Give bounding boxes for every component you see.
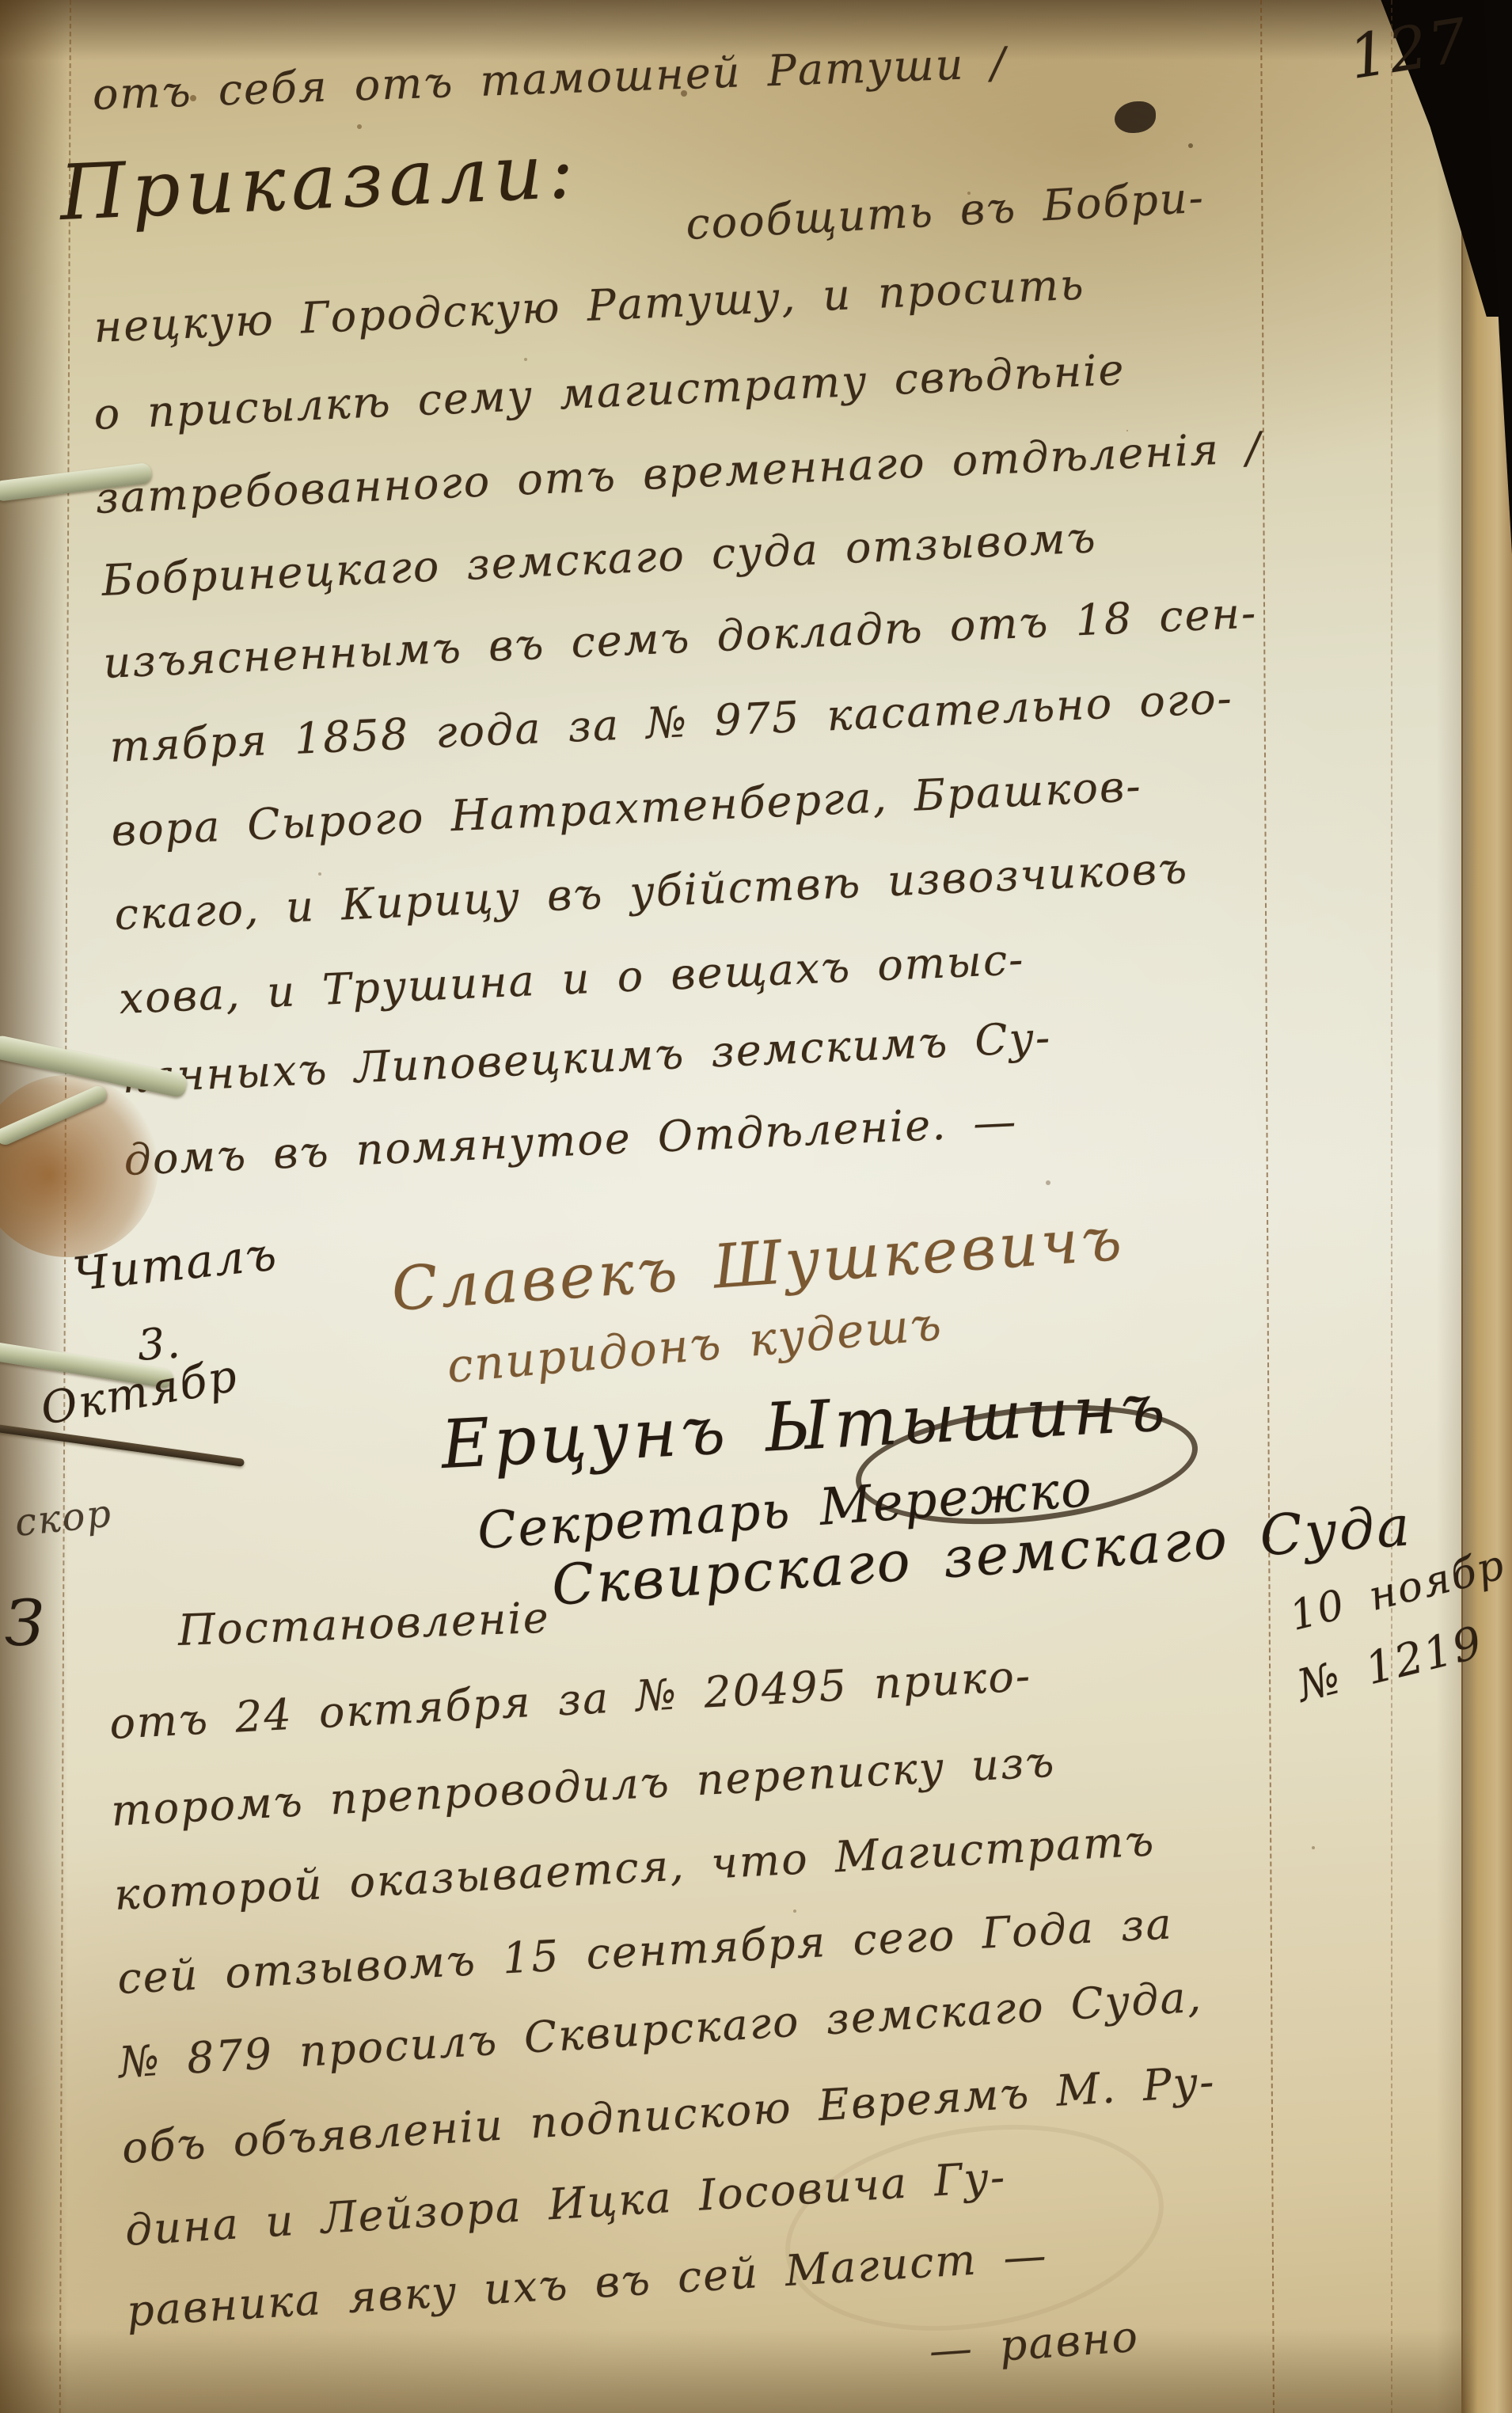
- resolution-word: Приказали:: [58, 126, 581, 237]
- manuscript-line: домъ въ помянутое Отдѣленіе. —: [123, 1096, 1018, 1185]
- manuscript-line: Бобринецкаго земскаго суда отзывомъ: [101, 512, 1098, 606]
- manuscript-line: затребованного отъ временнаго отдѣленія …: [94, 423, 1263, 523]
- manuscript-page: 127 отъ себя отъ тамошней Ратуши / Прика…: [0, 0, 1512, 2413]
- manuscript-line: Постановленіе: [177, 1593, 551, 1655]
- manuscript-line: скаго, и Кирицу въ убійствѣ извозчиковъ: [113, 843, 1189, 940]
- manuscript-line: вора Сырого Натрахтенберга, Брашков-: [110, 761, 1142, 856]
- binding-thread: [0, 1423, 245, 1467]
- manuscript-line: изъясненнымъ въ семъ докладѣ отъ 18 сен-: [102, 587, 1258, 688]
- entry-number: З: [5, 1586, 46, 1660]
- manuscript-line: хова, и Трушина и о вещахъ отыс-: [118, 934, 1025, 1024]
- manuscript-line: которой оказывается, что Магистратъ: [113, 1815, 1157, 1920]
- manuscript-line: нецкую Городскую Ратушу, и просить: [93, 259, 1085, 352]
- margin-note-paraph: скор: [13, 1491, 114, 1545]
- manuscript-line: тября 1858 года за № 975 касательно ого-: [108, 673, 1234, 772]
- ink-blot: [1115, 101, 1156, 133]
- manuscript-line: канныхъ Липовецкимъ земскимъ Су-: [121, 1013, 1052, 1103]
- manuscript-line: отъ 24 октября за № 20495 прико-: [108, 1651, 1033, 1749]
- binding-thread: [0, 1083, 109, 1147]
- ruled-margin-line-far-right: [1391, 0, 1392, 2413]
- manuscript-line: о присылкѣ сему магистрату свѣдѣніе: [93, 344, 1126, 439]
- signature: Славекъ Шушкевичъ: [389, 1203, 1126, 1324]
- manuscript-line: отъ себя отъ тамошней Ратуши /: [92, 38, 1008, 120]
- ruled-margin-line-left: [59, 0, 71, 2413]
- margin-note-read: Читалъ: [70, 1226, 280, 1301]
- next-page-edge: [1461, 206, 1512, 2413]
- manuscript-line: сообщить въ Бобри-: [685, 173, 1206, 249]
- ruled-margin-line-right: [1260, 0, 1275, 2413]
- manuscript-line: торомъ препроводилъ переписку изъ: [110, 1737, 1057, 1836]
